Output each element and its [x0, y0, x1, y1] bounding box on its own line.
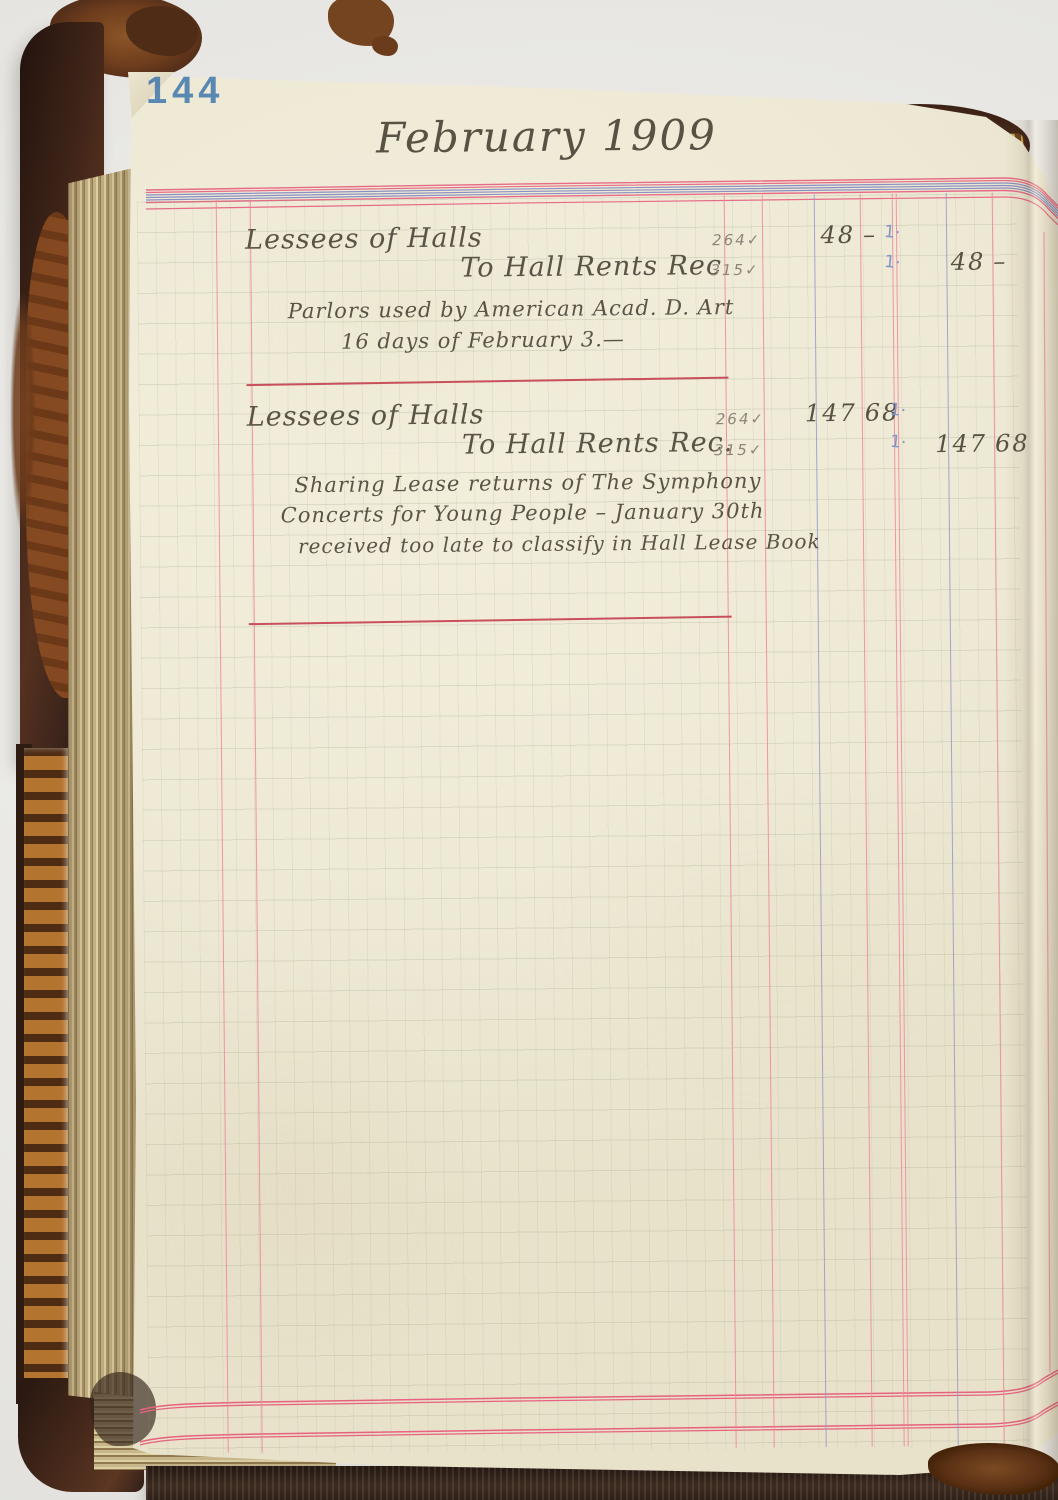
page-content-layer: February 1909 Lessees of Halls To Hall R… — [0, 0, 1058, 1500]
account-line: Lessees of Halls — [245, 222, 483, 255]
contra-account-line: To Hall Rents Rec. — [462, 427, 734, 461]
memo-line: 16 days of February 3.— — [341, 327, 625, 354]
entry-separator — [249, 616, 732, 626]
folio-ref: 264✓ — [716, 410, 765, 428]
rule-debit-left-blue — [814, 194, 827, 1447]
contra-account-line: To Hall Rents Rec — [460, 250, 722, 284]
debit-dollars: 48 — [765, 221, 855, 250]
heading-date: February 1909 — [376, 110, 717, 162]
memo-line: Sharing Lease returns of The Symphony — [294, 469, 761, 497]
folio-number: 315 — [710, 261, 745, 279]
debit-dollars: 147 — [767, 399, 857, 428]
rule-left-margin-1 — [216, 200, 229, 1453]
rule-debit-cents — [860, 194, 873, 1447]
entry-separator — [246, 377, 728, 387]
rule-credit-left-blue — [946, 193, 959, 1446]
folio-ref: 315✓ — [714, 441, 763, 459]
check-mark: ✓ — [750, 410, 765, 428]
memo-line: received too late to classify in Hall Le… — [298, 529, 821, 558]
posting-tick-debit: 1· — [883, 222, 901, 243]
check-mark: ✓ — [749, 441, 764, 459]
credit-dollars: 48 — [895, 248, 985, 277]
folio-number: 264 — [716, 410, 751, 428]
memo-line: Parlors used by American Acad. D. Art — [288, 295, 735, 323]
folio-number: 264 — [712, 231, 747, 249]
folio-ref: 264✓ — [712, 231, 761, 249]
rule-folio-left — [724, 195, 737, 1448]
memo-line: Concerts for Young People – January 30th — [281, 499, 765, 528]
faint-grid — [137, 193, 1029, 1455]
check-mark: ✓ — [745, 261, 760, 279]
folio-ref: 315✓ — [710, 261, 759, 279]
credit-cents: 68 — [995, 429, 1030, 457]
credit-dollars: 147 — [897, 430, 987, 459]
rule-folio-right — [762, 195, 775, 1448]
posting-tick-debit: 1· — [889, 400, 907, 421]
debit-cents: – — [863, 221, 877, 249]
rule-left-margin-2 — [250, 200, 263, 1453]
rule-credit-cents — [992, 193, 1005, 1446]
account-line: Lessees of Halls — [247, 399, 485, 432]
credit-cents: – — [993, 247, 1007, 275]
folio-number: 315 — [714, 441, 749, 459]
scanned-ledger-photo: 144 February 1909 Lessees of H — [0, 0, 1058, 1500]
check-mark: ✓ — [747, 231, 762, 249]
